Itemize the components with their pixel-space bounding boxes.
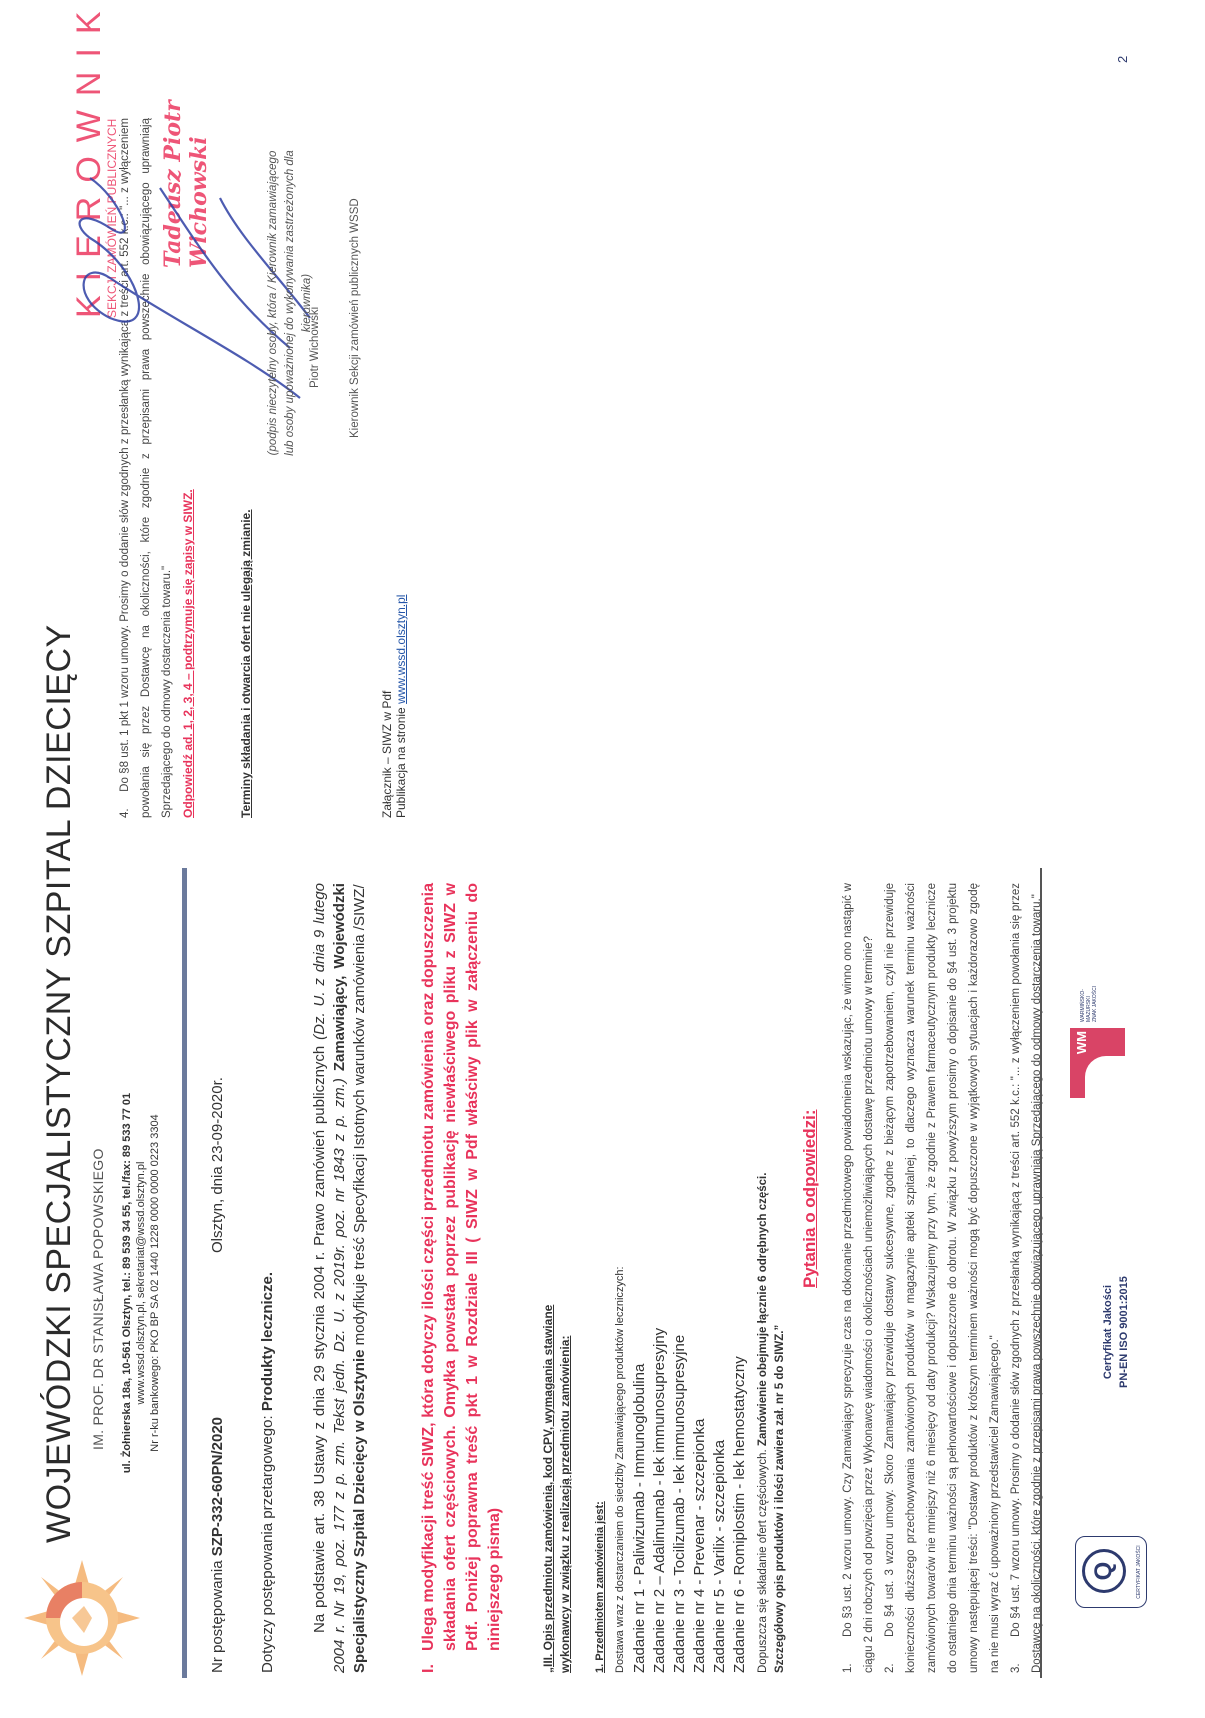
reference-number: Nr postępowania SZP-332-60PN/2020 [208,1417,228,1673]
task-item: Zadanie nr 2 – Adalimumab - lek immunosu… [650,1113,670,1673]
bank-account: Nr r-ku bankowego: PKO BP SA 02 1440 122… [148,1023,162,1543]
scanned-document: WOJEWÓDZKI SPECJALISTYCZNY SZPITAL DZIEC… [0,0,1205,1718]
partial-offers-note: Dopuszcza się składanie ofert częściowyc… [755,1113,789,1673]
question-item: 1.Do §3 ust. 2 wzoru umowy. Czy Zamawiaj… [838,883,880,1673]
answer-statement: Odpowiedź ad. 1, 2, 3, 4 – podtrzymuje s… [178,489,198,818]
signature-note: (podpis nieczytelny osoby, która / Kiero… [265,148,316,458]
intro-paragraph: Na podstawie art. 38 Ustawy z dnia 29 st… [310,883,370,1673]
website-link[interactable]: www.wssd.olsztyn.pl [394,595,408,704]
task-item: Zadanie nr 5 - Varilix - szczepionka [710,1113,730,1673]
order-subject: 1. Przedmiotem zamówienia jest: Dostawa … [590,1113,750,1673]
page-number: 2 [1115,56,1130,63]
section-3-title: „III. Opis przedmiotu zamówienia, kod CP… [540,1253,574,1673]
certificate-text: Certyfikat Jakości PN-EN ISO 9001:2015 [1100,1276,1132,1388]
quality-cert-badge-icon: Q CERTYFIKAT JAKOŚCI [1075,1536,1147,1608]
signer-name: Piotr Wichowski [305,307,325,388]
footer-divider [1040,868,1042,1678]
task-item: Zadanie nr 1 - Paliwizumab - Immunoglobu… [630,1113,650,1673]
qa-heading: Pytania o odpowiedzi: [800,1109,820,1288]
hospital-sun-logo-icon [22,1558,142,1678]
task-list: Zadanie nr 1 - Paliwizumab - Immunoglobu… [630,1113,750,1673]
question-item: 2.Do §4 ust. 3 wzoru umowy. Skoro Zamawi… [880,883,1006,1673]
task-item: Zadanie nr 3 - Tocilizumab - lek immunos… [670,1113,690,1673]
questions-list: 1.Do §3 ust. 2 wzoru umowy. Czy Zamawiaj… [838,883,1048,1673]
task-item: Zadanie nr 6 - Romiplostim - lek hemosta… [730,1113,750,1673]
modification-notice: I. Ulega modyfikacji treść SIWZ, która d… [418,883,506,1673]
attachment-info: Załącznik – SIWZ w Pdf Publikacja na str… [380,595,408,818]
web-email: www.wssd.olsztyn.pl, sekretariat@wssd.ol… [134,1023,148,1543]
subject-line: Dotyczy postępowania przetargowego: Prod… [258,1272,278,1673]
wm-label: WARMIŃSKO-MAZURSKI ZNAK JAKOŚCI [1080,982,1098,1022]
task-item: Zadanie nr 4 - Prevenar - szczepionka [690,1113,710,1673]
hospital-patron: IM. PROF. DR STANISŁAWA POPOWSKIEGO [90,1148,106,1450]
signer-role: Kierownik Sekcji zamówień publicznych WS… [345,198,365,438]
document-date: Olsztyn, dnia 23-09-2020r. [208,1077,228,1253]
deadlines-unchanged: Terminy składania i otwarcia ofert nie u… [236,509,256,818]
address: ul. Żołnierska 18a, 10-561 Olsztyn, tel.… [120,1023,134,1543]
header-divider [182,868,187,1678]
page-2: 4. Do §8 ust. 1 pkt 1 wzoru umowy. Prosi… [0,0,1205,858]
hospital-contact: ul. Żołnierska 18a, 10-561 Olsztyn, tel.… [120,1023,162,1543]
page-1: WOJEWÓDZKI SPECJALISTYCZNY SZPITAL DZIEC… [0,858,1205,1718]
question-item: 3.Do §4 ust. 7 wzoru umowy. Prosimy o do… [1006,883,1048,1673]
warmia-mazury-quality-logo-icon: WM [1070,1028,1125,1098]
